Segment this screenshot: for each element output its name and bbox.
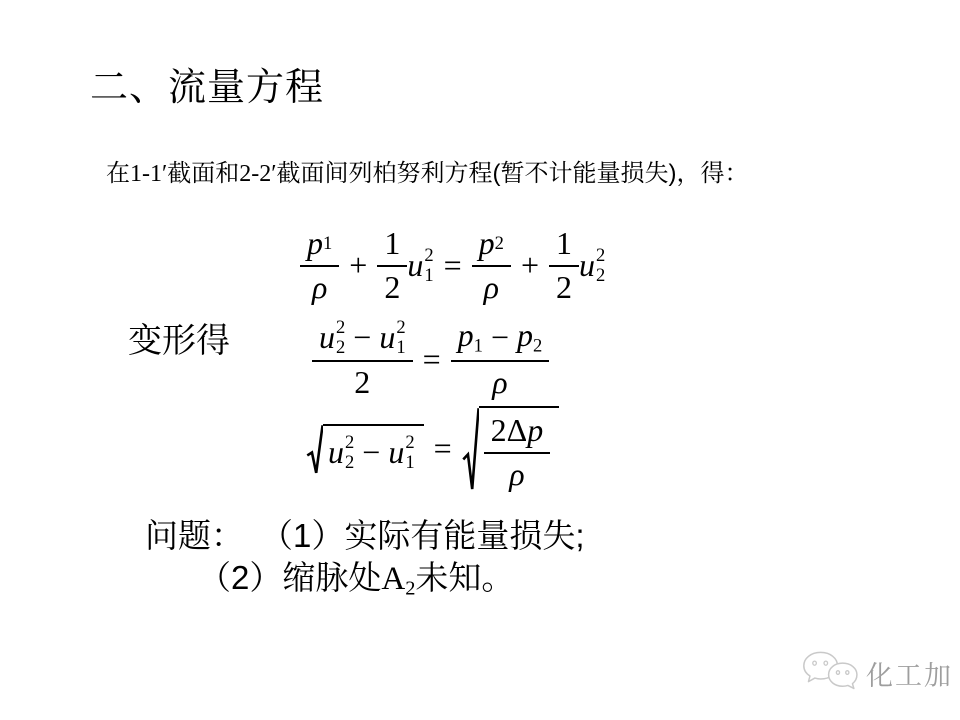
equation-rearranged: u 22 − u 21 2 = p1 − p2 ρ — [312, 318, 549, 401]
page-title: 二、流量方程 — [90, 66, 324, 112]
var-rho: ρ — [312, 269, 327, 305]
equation-bernoulli: p1 ρ + 1 2 u 21 = p2 ρ + 1 2 u 22 — [300, 226, 605, 306]
frac-one-half: 1 2 — [549, 226, 579, 306]
var-u: u — [319, 320, 335, 356]
footer-watermark: 化工加 — [801, 648, 953, 698]
problem-item-2: （2）缩脉处A2未知。 — [198, 558, 514, 601]
equals-sign: = — [423, 342, 441, 378]
var-u: u — [379, 320, 395, 356]
var-u: u — [407, 248, 423, 284]
frac-p1-rho: p1 ρ — [300, 226, 339, 306]
term-u1-squared: u 21 — [407, 246, 433, 285]
equation-velocity-sqrt: u 22 − u 21 = 2Δp ρ — [306, 406, 559, 493]
intro-part-c: 截面间列柏努利方程(暂不计能量损失)，得： — [277, 160, 749, 187]
minus-operator: − — [353, 320, 371, 356]
minus-operator: − — [491, 320, 509, 356]
slide: 二、流量方程 在1-1′截面和2-2′截面间列柏努利方程(暂不计能量损失)，得：… — [0, 0, 960, 720]
wechat-icon — [801, 648, 859, 698]
frac-du2-over-2: u 22 − u 21 2 — [312, 318, 413, 401]
sub-1: 1 — [424, 266, 433, 285]
radical-sign-icon — [306, 424, 323, 475]
term-p1: p1 — [458, 318, 483, 357]
var-p: p — [479, 226, 495, 262]
term-u1-squared: u 21 — [379, 318, 405, 357]
intro-section-1-1: 1-1′ — [130, 161, 167, 187]
problem-item-2-suffix: 未知。 — [415, 559, 514, 596]
plus-operator: + — [349, 248, 367, 284]
var-p: p — [527, 413, 543, 449]
sub-2: 2 — [596, 266, 605, 285]
var-rho: ρ — [484, 269, 499, 305]
term-u2-squared: u 22 — [579, 246, 605, 285]
transform-label: 变形得 — [128, 322, 230, 361]
sup-2: 2 — [424, 246, 433, 265]
var-A: A — [381, 561, 405, 597]
frac-2dp-over-rho: 2Δp ρ — [484, 413, 551, 493]
intro-part-a: 在 — [106, 160, 130, 187]
minus-operator: − — [362, 435, 380, 471]
equals-sign: = — [434, 431, 452, 467]
problem-item-1: （1）实际有能量损失; — [260, 516, 585, 556]
footer-brand: 化工加 — [866, 654, 953, 693]
intro-text: 在1-1′截面和2-2′截面间列柏努利方程(暂不计能量损失)，得： — [106, 158, 748, 190]
frac-dp-over-rho: p1 − p2 ρ — [451, 318, 550, 401]
frac-one-half: 1 2 — [377, 226, 407, 306]
intro-part-b: 截面和 — [167, 160, 239, 187]
sqrt-lhs: u 22 − u 21 — [306, 424, 424, 475]
sup-2: 2 — [596, 246, 605, 265]
frac-p2-rho: p2 ρ — [472, 226, 511, 306]
intro-section-2-2: 2-2′ — [239, 161, 276, 187]
term-p2: p2 — [517, 318, 542, 357]
term-u1-squared: u 21 — [388, 433, 414, 472]
radical-sign-icon — [462, 406, 479, 493]
equals-sign: = — [444, 248, 462, 284]
problem-label: 问题： — [145, 516, 244, 556]
sub-2: 2 — [405, 578, 415, 600]
problem-item-2-text: （2）缩脉处 — [198, 559, 381, 596]
term-u2-squared: u 22 — [319, 318, 345, 357]
var-rho: ρ — [509, 456, 524, 492]
sub-2: 2 — [495, 234, 504, 255]
delta-symbol: Δ — [507, 413, 528, 449]
plus-operator: + — [521, 248, 539, 284]
var-p: p — [307, 226, 323, 262]
var-u: u — [579, 248, 595, 284]
sqrt-rhs: 2Δp ρ — [462, 406, 560, 493]
term-u2-squared: u 22 — [328, 433, 354, 472]
coef-2: 2 — [491, 413, 507, 449]
var-rho: ρ — [492, 364, 507, 400]
sub-1: 1 — [323, 234, 332, 255]
